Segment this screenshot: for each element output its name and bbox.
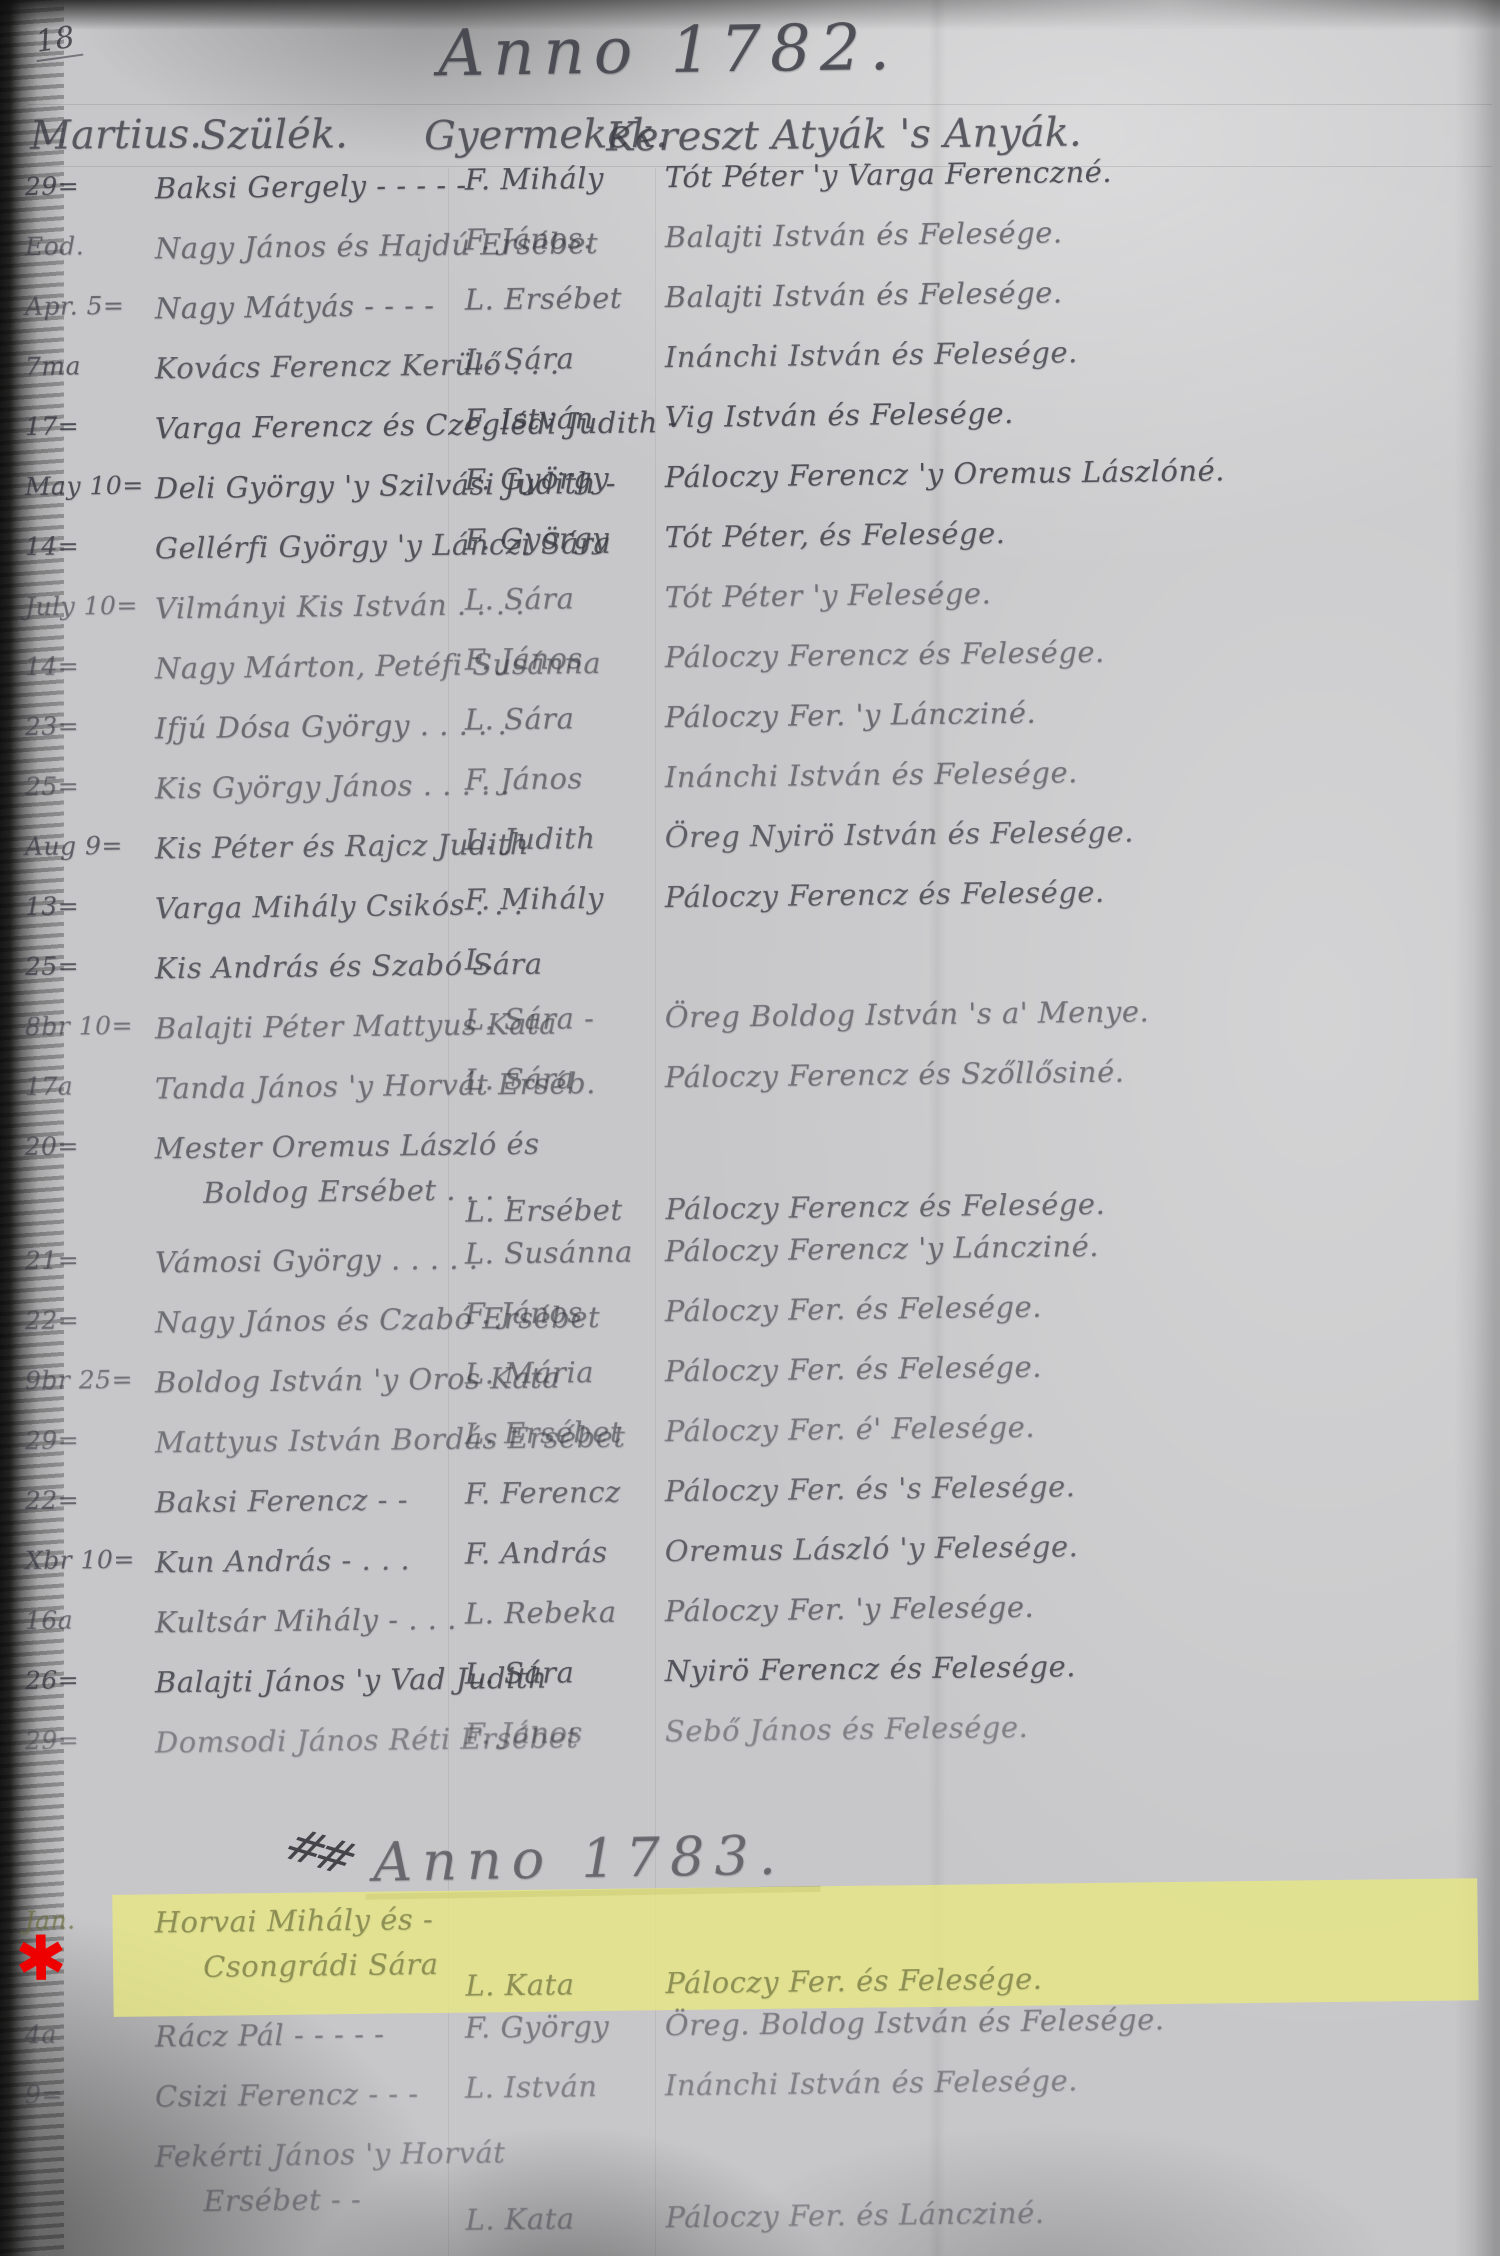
entry-child: L. Sára xyxy=(465,700,665,736)
entry-child: F. János xyxy=(465,1714,665,1750)
entry-child: L. Kata xyxy=(465,2200,665,2244)
entry-child: L. Sára xyxy=(465,580,665,616)
entry-date: 29= xyxy=(25,1420,155,1455)
entry-parents-line1: Varga Ferencz és Czeglédi Judith - xyxy=(155,403,466,452)
entry-parents-line2: Boldog Ersébet . . . . xyxy=(155,1168,466,1217)
entry-child: F. Ferencz xyxy=(465,1474,665,1510)
entry-parents-line1: Kis András és Szabó Sára xyxy=(155,943,466,992)
register-row: Jan.Horvai Mihály és -Csongrádi SáraL. K… xyxy=(24,1884,1488,2016)
entry-parents: Ifjú Dósa György . . . . . xyxy=(155,703,466,752)
entry-parents: Boldog István 'y Oros Kata xyxy=(155,1357,466,1406)
entry-child: L. Rebeka xyxy=(465,1594,665,1630)
entry-date: May 10= xyxy=(25,466,155,501)
entry-parents: Deli György 'y Szilvási Judith - xyxy=(155,463,466,512)
entry-parents: Kun András - . . . xyxy=(155,1537,466,1586)
entry-child: L. xyxy=(465,940,665,976)
entry-parents: Rácz Pál - - - - - xyxy=(155,2011,466,2060)
register-row: 20=Mester Oremus László ésBoldog Ersébet… xyxy=(24,1110,1488,1242)
entry-parents: Horvai Mihály és -Csongrádi Sára xyxy=(154,1897,465,1991)
entry-child: F. János xyxy=(465,760,665,796)
entry-child: L. Ersébet xyxy=(465,1192,665,1236)
entry-parents-line1: Deli György 'y Szilvási Judith - xyxy=(155,463,466,512)
page-number: 18 xyxy=(32,19,84,62)
entry-parents-line1: Nagy Márton, Petéfi Susánna xyxy=(155,643,466,692)
entry-parents: Fekérti János 'y HorvátErsébet - - xyxy=(154,2131,465,2225)
entry-parents: Nagy János és Czabó Ersébet xyxy=(155,1297,466,1346)
entry-date: 13= xyxy=(25,886,155,921)
entry-date: Apr. 5= xyxy=(25,286,155,321)
entry-parents-line1: Vilmányi Kis István . . . . xyxy=(155,583,466,632)
entry-parents-line1: Nagy Mátyás - - - - xyxy=(155,283,466,332)
entry-parents: Nagy Márton, Petéfi Susánna xyxy=(155,643,466,692)
entry-child: F. András xyxy=(465,1534,665,1570)
entry-child: F. Mihály xyxy=(465,880,665,916)
register-sheet: 29=Baksi Gergely - - - - -F. MihályTót P… xyxy=(25,168,1488,2250)
entry-parents-line1: Fekérti János 'y Horvát xyxy=(154,2131,465,2180)
entry-date: 16a xyxy=(25,1600,155,1635)
entry-parents: Kovács Ferencz Kerülő . . . xyxy=(155,343,466,392)
ruled-line xyxy=(28,104,1492,105)
entry-parents-line1: Horvai Mihály és - xyxy=(154,1897,465,1946)
entry-parents-line1: Mattyus István Bordás Ersébet xyxy=(155,1417,466,1466)
entry-date: 22= xyxy=(25,1480,155,1515)
entry-child: L. Sára - xyxy=(465,1000,665,1036)
entry-parents-line1: Rácz Pál - - - - - xyxy=(155,2011,466,2060)
entry-child: L. Susánna xyxy=(465,1234,665,1270)
entry-date: 4a xyxy=(25,2014,155,2049)
entry-parents-line1: Ifjú Dósa György . . . . . xyxy=(155,703,466,752)
records-1783: Jan.Horvai Mihály és -Csongrádi SáraL. K… xyxy=(25,1902,1488,2250)
entry-parents: Baksi Ferencz - - xyxy=(155,1477,466,1526)
entry-parents-line1: Baksi Gergely - - - - - xyxy=(155,163,466,212)
entry-parents-line1: Balajti János 'y Vad Judith xyxy=(155,1657,466,1706)
year-title-1782: Anno 1782. xyxy=(438,11,900,91)
entry-child: L. Kata xyxy=(465,1966,665,2010)
entry-parents: Varga Ferencz és Czeglédi Judith - xyxy=(155,403,466,452)
entry-parents: Vámosi György . . . . . xyxy=(155,1237,466,1286)
entry-parents-line2: Ersébet - - xyxy=(155,2176,466,2225)
entry-parents-line1: Kovács Ferencz Kerülő . . . xyxy=(155,343,466,392)
entry-parents-line1: Kultsár Mihály - . . . xyxy=(155,1597,466,1646)
entry-parents: Mester Oremus László ésBoldog Ersébet . … xyxy=(154,1123,465,1217)
entry-child: L. Judith xyxy=(465,820,665,856)
entry-parents: Domsodi János Réti Ersébet xyxy=(155,1717,466,1766)
entry-date: 9= xyxy=(25,2074,155,2109)
entry-parents: Varga Mihály Csikós . . . xyxy=(155,883,466,932)
entry-parents: Kis Péter és Rajcz Judith xyxy=(155,823,466,872)
entry-date: 22= xyxy=(25,1300,155,1335)
entry-child: L. Sára xyxy=(465,1654,665,1690)
entry-parents: Mattyus István Bordás Ersébet xyxy=(155,1417,466,1466)
entry-parents: Csizi Ferencz - - - xyxy=(155,2071,466,2120)
register-row: Fekérti János 'y HorvátErsébet - -L. Kat… xyxy=(24,2118,1488,2250)
entry-date: 20= xyxy=(24,1126,154,1161)
entry-date: 8br 10= xyxy=(25,1006,155,1041)
entry-parents: Vilmányi Kis István . . . . xyxy=(155,583,466,632)
entry-parents-line1: Kun András - . . . xyxy=(155,1537,466,1586)
entry-parents-line1: Vámosi György . . . . . xyxy=(155,1237,466,1286)
entry-date: 14= xyxy=(25,526,155,561)
records-1782: 29=Baksi Gergely - - - - -F. MihályTót P… xyxy=(25,168,1488,1782)
entry-parents-line1: Mester Oremus László és xyxy=(154,1123,465,1172)
entry-child: F. János xyxy=(465,640,665,676)
entry-parents: Baksi Gergely - - - - - xyxy=(155,163,466,212)
entry-date: 23= xyxy=(25,706,155,741)
entry-parents: Nagy Mátyás - - - - xyxy=(155,283,466,332)
entry-date: 25= xyxy=(25,766,155,801)
entry-date: 29= xyxy=(25,1720,155,1755)
entry-parents-line1: Boldog István 'y Oros Kata xyxy=(155,1357,466,1406)
entry-date: Eod. xyxy=(25,226,155,261)
entry-child: F. János xyxy=(465,1294,665,1330)
entry-date: 26= xyxy=(25,1660,155,1695)
highlight-asterisk-marker: ✱ xyxy=(15,1927,68,1990)
column-header-godparents: Kereszt Atyák 's Anyák. xyxy=(606,110,1082,161)
entry-parents-line2: Csongrádi Sára xyxy=(155,1942,466,1991)
entry-child: L. Ersébet xyxy=(465,1414,665,1450)
entry-parents-line1: Baksi Ferencz - - xyxy=(155,1477,466,1526)
entry-parents-line1: Tanda János 'y Horvát Erséb. xyxy=(155,1063,466,1112)
entry-date: 29= xyxy=(25,166,155,201)
entry-parents-line1: Nagy János és Czabó Ersébet xyxy=(155,1297,466,1346)
entry-parents: Tanda János 'y Horvát Erséb. xyxy=(155,1063,466,1112)
entry-child: F. György xyxy=(465,460,665,496)
crosshatch-mark: ## xyxy=(274,1818,361,1884)
entry-date: 25= xyxy=(25,946,155,981)
entry-date: 14= xyxy=(25,646,155,681)
entry-godparents: Páloczy Fer. és Láncziné. xyxy=(665,2190,1488,2242)
entry-date: Aug 9= xyxy=(25,826,155,861)
entry-child: L. Sára xyxy=(465,340,665,376)
entry-child: F. György xyxy=(465,520,665,556)
entry-date xyxy=(24,2134,154,2140)
entry-child: F. György xyxy=(465,2008,665,2044)
column-header-month: Martius. xyxy=(30,111,202,159)
entry-parents-line1: Domsodi János Réti Ersébet xyxy=(155,1717,466,1766)
entry-parents-line1: Csizi Ferencz - - - xyxy=(155,2071,466,2120)
entry-parents-line1: Balajti Péter Mattyus Kata xyxy=(155,1003,466,1052)
entry-date: 21= xyxy=(25,1240,155,1275)
entry-parents: Nagy János és Hajdú Ersébet xyxy=(155,223,466,272)
entry-parents: Kultsár Mihály - . . . xyxy=(155,1597,466,1646)
entry-date: 9br 25= xyxy=(25,1360,155,1395)
manuscript-page: { "page": { "page_number": "18", "title_… xyxy=(0,0,1500,2256)
entry-parents: Gellérfi György 'y Lánczi Sára xyxy=(155,523,466,572)
entry-date: 17a xyxy=(25,1066,155,1101)
entry-date: 7ma xyxy=(25,346,155,381)
entry-date: Xbr 10= xyxy=(25,1540,155,1575)
entry-parents: Balajti Péter Mattyus Kata xyxy=(155,1003,466,1052)
entry-parents-line1: Gellérfi György 'y Lánczi Sára xyxy=(155,523,466,572)
entry-child: L. István xyxy=(465,2068,665,2104)
entry-child: F. János. xyxy=(465,220,665,256)
entry-parents-line1: Kis György János . . . . . xyxy=(155,763,466,812)
entry-child: F. István xyxy=(465,400,665,436)
entry-parents: Kis György János . . . . . xyxy=(155,763,466,812)
entry-child: F. Mihály xyxy=(465,160,665,196)
column-header-parents: Szülék. xyxy=(200,111,348,159)
entry-child: L. Ersébet xyxy=(465,280,665,316)
entry-child: L. Mária xyxy=(465,1354,665,1390)
entry-date: July 10= xyxy=(25,586,155,621)
entry-parents-line1: Nagy János és Hajdú Ersébet xyxy=(155,223,466,272)
entry-parents: Balajti János 'y Vad Judith xyxy=(155,1657,466,1706)
entry-parents: Kis András és Szabó Sára xyxy=(155,943,466,992)
entry-parents-line1: Varga Mihály Csikós . . . xyxy=(155,883,466,932)
entry-child: L. Sára xyxy=(465,1060,665,1096)
entry-parents-line1: Kis Péter és Rajcz Judith xyxy=(155,823,466,872)
entry-date: 17= xyxy=(25,406,155,441)
